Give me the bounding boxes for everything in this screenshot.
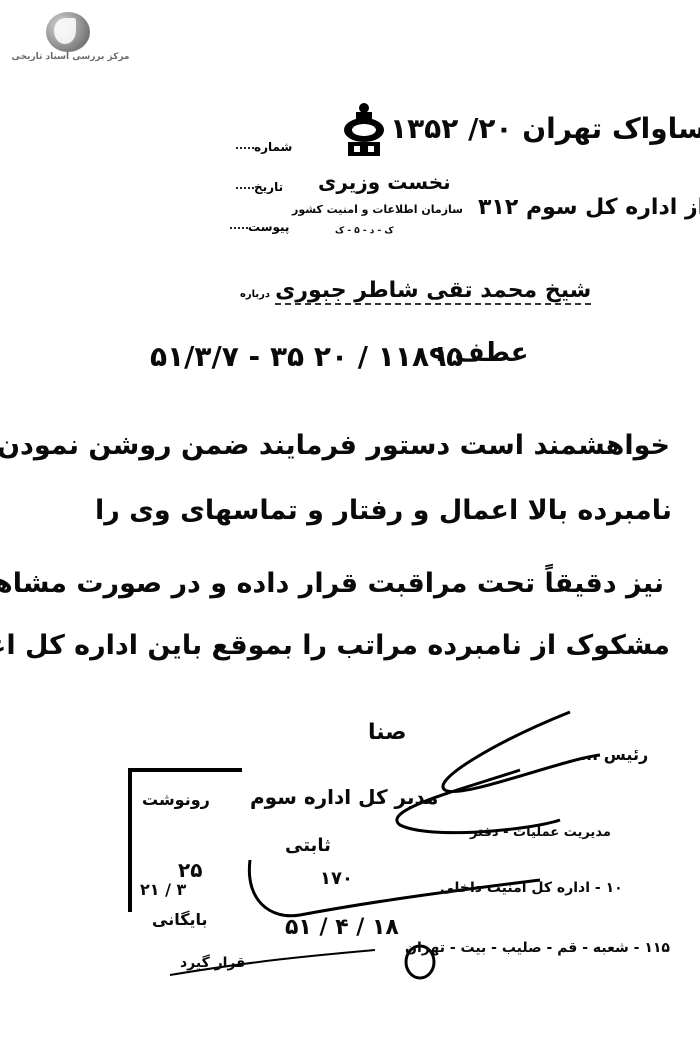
director-signature: ثابتی [285, 835, 331, 856]
right-sig-line-1: رئیس ... [580, 745, 648, 764]
signature-scribble-icon [0, 0, 700, 1057]
right-sig-line-4: ۱۱۵ - شعبه - قم - صلیب - بیت - تهران [405, 940, 670, 956]
routing-box-line-1: رونوشت [142, 790, 210, 809]
routing-box-line-2: ۲۵ [178, 858, 202, 882]
bottom-left-line-2: قرار گیرد [180, 955, 245, 971]
director-number: ۱۷۰ [320, 868, 353, 889]
right-sig-line-2: مدیریت عملیات - دفتر [470, 825, 611, 840]
stamp-date: ۵۱ / ۴ / ۱۸ [285, 915, 399, 940]
bottom-left-line-1: بایگانی [152, 910, 208, 929]
routing-box-line-3: ۲۱ / ۳ [140, 880, 186, 899]
director-title: مدیر کل اداره سوم [250, 785, 438, 809]
right-sig-line-3: ۱۰ - اداره کل امنیت داخلی [440, 880, 623, 896]
